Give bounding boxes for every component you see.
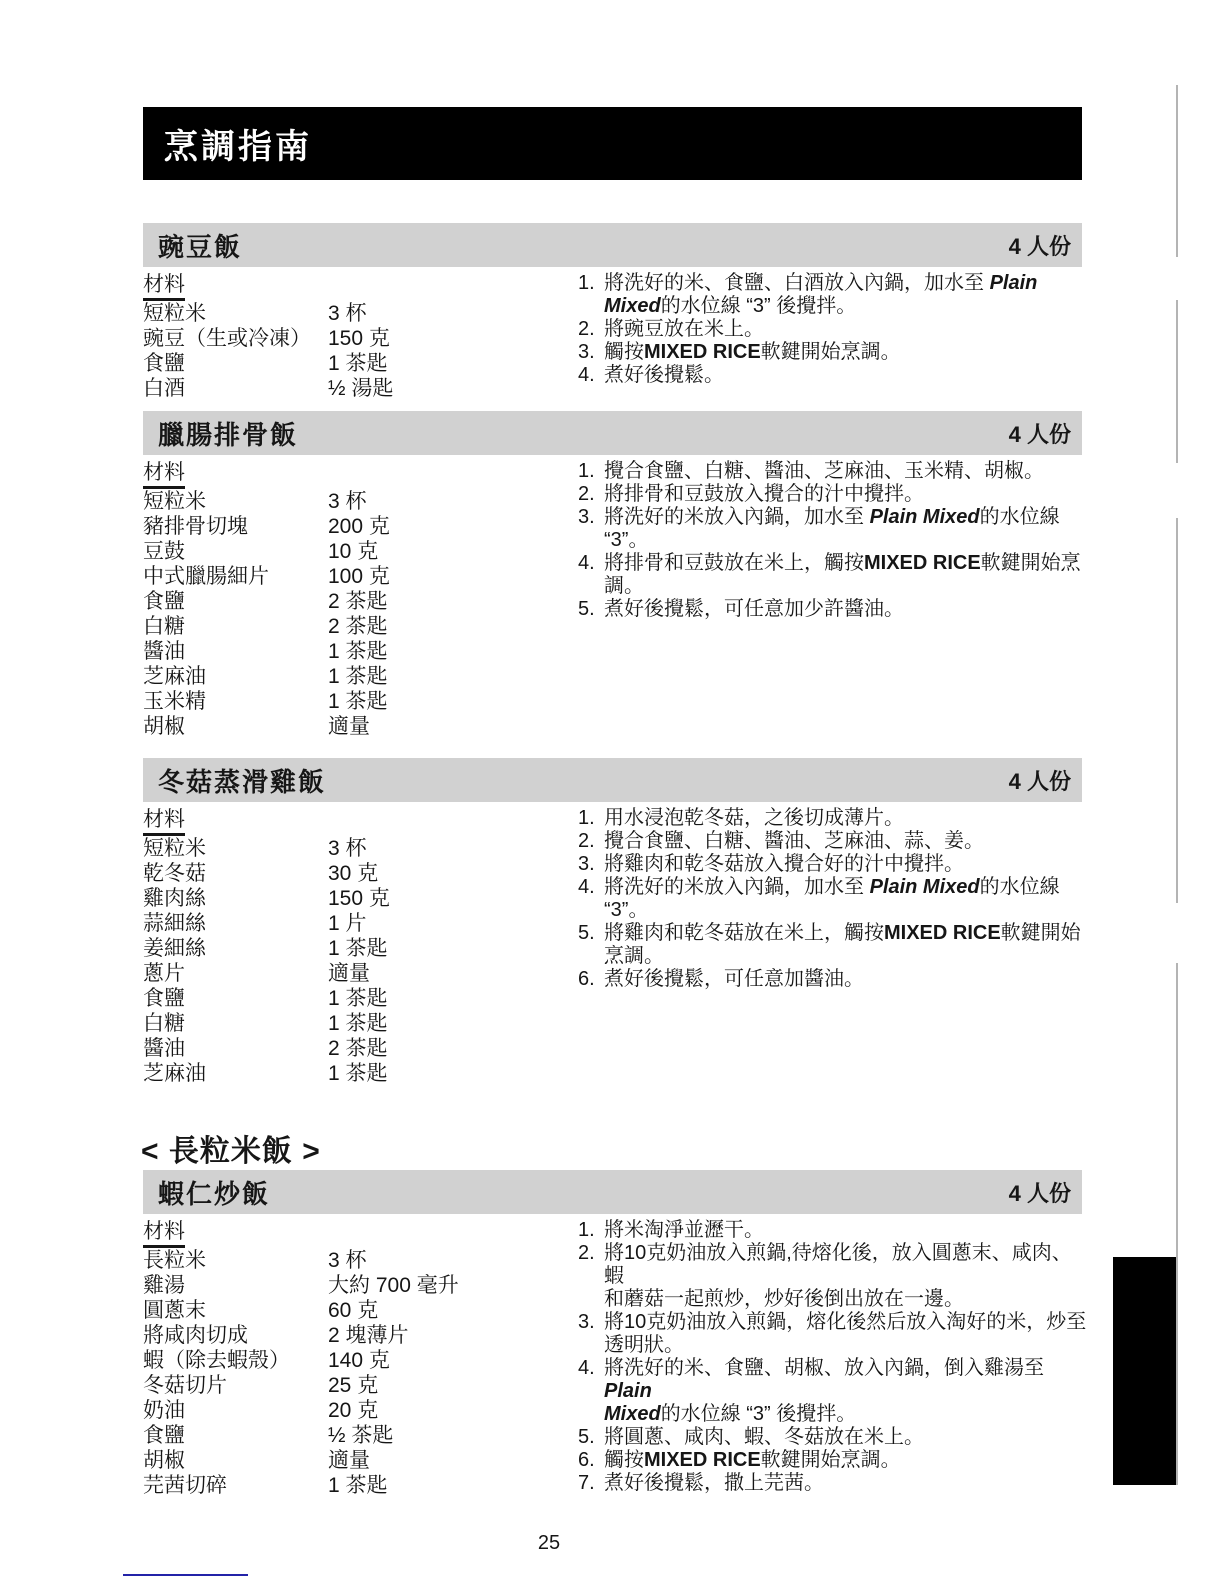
ingredient-list: 材料 長粒米 3 杯 雞湯 大約 700 毫升	[143, 1219, 573, 1498]
step-number: 5.	[578, 922, 604, 968]
ingredient-name: 白糖	[143, 614, 328, 639]
step-number: 1.	[578, 460, 604, 483]
ingredient-name: 醬油	[143, 1036, 328, 1061]
ingredient-row: 芝麻油 1 茶匙	[143, 1061, 573, 1086]
step-item: 4. 將排骨和豆鼓放在米上，觸按MIXED RICE軟鍵開始烹 調。	[578, 552, 1090, 598]
step-number: 4.	[578, 876, 604, 922]
step-text: 將米淘淨並瀝干。	[604, 1219, 1090, 1242]
step-number: 2.	[578, 1242, 604, 1311]
ingredient-amount: ½ 湯匙	[328, 376, 573, 401]
ingredient-row: 雞湯 大約 700 毫升	[143, 1273, 573, 1298]
ingredient-amount: 20 克	[328, 1398, 573, 1423]
step-number: 5.	[578, 598, 604, 621]
ingredient-name: 冬菇切片	[143, 1373, 328, 1398]
recipe-section-shrimp-fried-rice: 蝦仁炒飯 4 人份 材料 長粒米 3 杯 雞湯 大約 700 毫升	[143, 1170, 1082, 1219]
ingredient-amount: 150 克	[328, 326, 573, 351]
step-number: 2.	[578, 318, 604, 341]
ingredient-rows: 短粒米 3 杯 乾冬菇 30 克 雞肉絲 150 克	[143, 836, 573, 1086]
ingredient-name: 雞湯	[143, 1273, 328, 1298]
ingredient-amount: 1 茶匙	[328, 689, 573, 714]
step-item: 3. 觸按MIXED RICE軟鍵開始烹調。	[578, 341, 1090, 364]
ingredient-rows: 長粒米 3 杯 雞湯 大約 700 毫升 圓蔥末 60 克	[143, 1248, 573, 1498]
ingredient-row: 芝麻油 1 茶匙	[143, 664, 573, 689]
ingredient-amount: 3 杯	[328, 1248, 573, 1273]
step-list: 1. 用水浸泡乾冬菇，之後切成薄片。 2. 攪合食鹽、白糖、醬油、芝麻油、蒜、姜…	[578, 807, 1090, 991]
chapter-tab-marker	[1113, 1257, 1176, 1485]
ingredient-amount: 1 茶匙	[328, 664, 573, 689]
materials-heading: 材料	[143, 460, 185, 489]
step-item: 5. 煮好後攪鬆，可任意加少許醬油。	[578, 598, 1090, 621]
recipe-header-bar: 豌豆飯 4 人份	[143, 223, 1082, 267]
ingredient-name: 食鹽	[143, 1423, 328, 1448]
step-text: 煮好後攪鬆，撒上芫茜。	[604, 1472, 1090, 1495]
ingredient-amount: 100 克	[328, 564, 573, 589]
step-text: 將洗好的米、食鹽、胡椒、放入內鍋，倒入雞湯至 Plain Mixed的水位線 “…	[604, 1357, 1090, 1426]
step-text: 用水浸泡乾冬菇，之後切成薄片。	[604, 807, 1090, 830]
step-text: 將雞肉和乾冬菇放在米上，觸按MIXED RICE軟鍵開始 烹調。	[604, 922, 1090, 968]
ingredient-amount: 2 茶匙	[328, 1036, 573, 1061]
ingredient-row: 豬排骨切塊 200 克	[143, 514, 573, 539]
step-text: 煮好後攪鬆。	[604, 364, 1090, 387]
recipe-title: 冬菇蒸滑雞飯	[143, 762, 326, 799]
step-text: 觸按MIXED RICE軟鍵開始烹調。	[604, 1449, 1090, 1472]
ingredient-name: 豌豆（生或冷凍）	[143, 326, 328, 351]
ingredient-name: 醬油	[143, 639, 328, 664]
recipe-title: 蝦仁炒飯	[143, 1174, 270, 1211]
ingredient-amount: 10 克	[328, 539, 573, 564]
ingredient-amount: 1 茶匙	[328, 1473, 573, 1498]
ingredient-amount: 1 茶匙	[328, 986, 573, 1011]
step-item: 3. 將雞肉和乾冬菇放入攪合好的汁中攪拌。	[578, 853, 1090, 876]
ingredient-row: 豆鼓 10 克	[143, 539, 573, 564]
ingredient-row: 短粒米 3 杯	[143, 836, 573, 861]
recipe-title: 豌豆飯	[143, 227, 242, 264]
ingredient-row: 白糖 2 茶匙	[143, 614, 573, 639]
ingredient-amount: ½ 茶匙	[328, 1423, 573, 1448]
step-text: 將洗好的米、食鹽、白酒放入內鍋，加水至 Plain Mixed的水位線 “3” …	[604, 272, 1090, 318]
ingredient-row: 中式臘腸細片 100 克	[143, 564, 573, 589]
step-text: 將豌豆放在米上。	[604, 318, 1090, 341]
step-number: 4.	[578, 364, 604, 387]
ingredient-name: 白酒	[143, 376, 328, 401]
step-number: 7.	[578, 1472, 604, 1495]
ingredient-name: 長粒米	[143, 1248, 328, 1273]
ingredient-amount: 3 杯	[328, 489, 573, 514]
step-item: 6. 煮好後攪鬆，可任意加醬油。	[578, 968, 1090, 991]
ingredient-rows: 短粒米 3 杯 豌豆（生或冷凍） 150 克 食鹽 1 茶匙	[143, 301, 573, 401]
step-text: 攪合食鹽、白糖、醬油、芝麻油、玉米精、胡椒。	[604, 460, 1090, 483]
ingredient-list: 材料 短粒米 3 杯 乾冬菇 30 克	[143, 807, 573, 1086]
step-item: 1. 用水浸泡乾冬菇，之後切成薄片。	[578, 807, 1090, 830]
ingredient-row: 冬菇切片 25 克	[143, 1373, 573, 1398]
ingredient-amount: 2 茶匙	[328, 614, 573, 639]
ingredient-name: 雞肉絲	[143, 886, 328, 911]
step-text: 煮好後攪鬆，可任意加醬油。	[604, 968, 1090, 991]
step-item: 1. 將米淘淨並瀝干。	[578, 1219, 1090, 1242]
ingredient-amount: 3 杯	[328, 301, 573, 326]
ingredient-row: 圓蔥末 60 克	[143, 1298, 573, 1323]
ingredient-amount: 1 茶匙	[328, 639, 573, 664]
ingredient-amount: 1 茶匙	[328, 936, 573, 961]
step-number: 1.	[578, 1219, 604, 1242]
step-number: 1.	[578, 272, 604, 318]
ingredient-row: 奶油 20 克	[143, 1398, 573, 1423]
ingredient-row: 醬油 1 茶匙	[143, 639, 573, 664]
ingredient-amount: 3 杯	[328, 836, 573, 861]
ingredient-amount: 200 克	[328, 514, 573, 539]
step-number: 6.	[578, 1449, 604, 1472]
ingredient-name: 將咸肉切成	[143, 1323, 328, 1348]
page-header-bar: 烹調指南	[143, 107, 1082, 180]
step-item: 4. 煮好後攪鬆。	[578, 364, 1090, 387]
ingredient-row: 食鹽 2 茶匙	[143, 589, 573, 614]
servings-label: 4 人份	[1009, 1177, 1082, 1208]
ingredient-name: 乾冬菇	[143, 861, 328, 886]
page-number: 25	[517, 1532, 581, 1555]
ingredient-amount: 適量	[328, 961, 573, 986]
manual-page: 烹調指南 豌豆飯 4 人份 材料 短粒米 3 杯 豌豆	[0, 0, 1224, 1584]
ingredient-name: 短粒米	[143, 489, 328, 514]
ingredient-amount: 1 茶匙	[328, 351, 573, 376]
ingredient-name: 豆鼓	[143, 539, 328, 564]
step-text: 將洗好的米放入內鍋，加水至 Plain Mixed的水位線 “3”。	[604, 876, 1090, 922]
recipe-section-mushroom-chicken-rice: 冬菇蒸滑雞飯 4 人份 材料 短粒米 3 杯 乾冬菇 30 克	[143, 758, 1082, 807]
step-number: 4.	[578, 1357, 604, 1426]
step-item: 2. 將10克奶油放入煎鍋,待熔化後，放入圓蔥末、咸肉、蝦 和蘑菇一起煎炒，炒好…	[578, 1242, 1090, 1311]
step-number: 6.	[578, 968, 604, 991]
ingredient-amount: 1 茶匙	[328, 1061, 573, 1086]
ingredient-name: 短粒米	[143, 836, 328, 861]
recipe-title: 臘腸排骨飯	[143, 415, 298, 452]
ingredient-row: 長粒米 3 杯	[143, 1248, 573, 1273]
ingredient-row: 白酒 ½ 湯匙	[143, 376, 573, 401]
step-number: 4.	[578, 552, 604, 598]
step-number: 2.	[578, 830, 604, 853]
ingredient-list: 材料 短粒米 3 杯 豌豆（生或冷凍） 150 克	[143, 272, 573, 401]
materials-heading: 材料	[143, 272, 185, 301]
step-text: 將洗好的米放入內鍋，加水至 Plain Mixed的水位線 “3”。	[604, 506, 1090, 552]
step-list: 1. 將米淘淨並瀝干。 2. 將10克奶油放入煎鍋,待熔化後，放入圓蔥末、咸肉、…	[578, 1219, 1090, 1495]
subsection-heading-long-grain: < 長粒米飯 >	[141, 1126, 321, 1170]
step-item: 4. 將洗好的米、食鹽、胡椒、放入內鍋，倒入雞湯至 Plain Mixed的水位…	[578, 1357, 1090, 1426]
ingredient-amount: 1 片	[328, 911, 573, 936]
ingredient-amount: 25 克	[328, 1373, 573, 1398]
ingredient-name: 胡椒	[143, 1448, 328, 1473]
step-text: 將圓蔥、咸肉、蝦、冬菇放在米上。	[604, 1426, 1090, 1449]
step-item: 7. 煮好後攪鬆，撒上芫茜。	[578, 1472, 1090, 1495]
ingredient-list: 材料 短粒米 3 杯 豬排骨切塊 200 克	[143, 460, 573, 739]
ingredient-row: 蔥片 適量	[143, 961, 573, 986]
ingredient-name: 蝦（除去蝦殼）	[143, 1348, 328, 1373]
ingredient-name: 蔥片	[143, 961, 328, 986]
step-item: 5. 將圓蔥、咸肉、蝦、冬菇放在米上。	[578, 1426, 1090, 1449]
step-text: 將排骨和豆鼓放在米上，觸按MIXED RICE軟鍵開始烹 調。	[604, 552, 1090, 598]
ingredient-row: 短粒米 3 杯	[143, 489, 573, 514]
step-text: 將10克奶油放入煎鍋，熔化後然后放入淘好的米，炒至 透明狀。	[604, 1311, 1090, 1357]
ingredient-row: 玉米精 1 茶匙	[143, 689, 573, 714]
step-text: 煮好後攪鬆，可任意加少許醬油。	[604, 598, 1090, 621]
ingredient-row: 乾冬菇 30 克	[143, 861, 573, 886]
step-item: 3. 將洗好的米放入內鍋，加水至 Plain Mixed的水位線 “3”。	[578, 506, 1090, 552]
step-number: 1.	[578, 807, 604, 830]
ingredient-amount: 2 塊薄片	[328, 1323, 573, 1348]
ingredient-name: 中式臘腸細片	[143, 564, 328, 589]
ingredient-row: 食鹽 1 茶匙	[143, 986, 573, 1011]
step-number: 3.	[578, 506, 604, 552]
ingredient-amount: 140 克	[328, 1348, 573, 1373]
step-item: 3. 將10克奶油放入煎鍋，熔化後然后放入淘好的米，炒至 透明狀。	[578, 1311, 1090, 1357]
footer-rule	[123, 1574, 248, 1576]
ingredient-row: 雞肉絲 150 克	[143, 886, 573, 911]
step-list: 1. 攪合食鹽、白糖、醬油、芝麻油、玉米精、胡椒。 2. 將排骨和豆鼓放入攪合的…	[578, 460, 1090, 621]
ingredient-name: 胡椒	[143, 714, 328, 739]
step-item: 6. 觸按MIXED RICE軟鍵開始烹調。	[578, 1449, 1090, 1472]
ingredient-row: 胡椒 適量	[143, 714, 573, 739]
step-number: 5.	[578, 1426, 604, 1449]
step-item: 2. 將豌豆放在米上。	[578, 318, 1090, 341]
step-number: 3.	[578, 1311, 604, 1357]
ingredient-row: 短粒米 3 杯	[143, 301, 573, 326]
ingredient-row: 將咸肉切成 2 塊薄片	[143, 1323, 573, 1348]
ingredient-row: 胡椒 適量	[143, 1448, 573, 1473]
scan-edge-line	[1176, 963, 1178, 1485]
recipe-header-bar: 臘腸排骨飯 4 人份	[143, 411, 1082, 455]
ingredient-amount: 1 茶匙	[328, 1011, 573, 1036]
step-item: 1. 攪合食鹽、白糖、醬油、芝麻油、玉米精、胡椒。	[578, 460, 1090, 483]
recipe-section-pea-rice: 豌豆飯 4 人份 材料 短粒米 3 杯 豌豆（生或冷凍） 150 克	[143, 223, 1082, 272]
ingredient-name: 奶油	[143, 1398, 328, 1423]
servings-label: 4 人份	[1009, 230, 1082, 261]
ingredient-name: 蒜細絲	[143, 911, 328, 936]
scan-edge-line	[1176, 300, 1178, 463]
ingredient-row: 蒜細絲 1 片	[143, 911, 573, 936]
ingredient-amount: 2 茶匙	[328, 589, 573, 614]
ingredient-name: 短粒米	[143, 301, 328, 326]
scan-edge-line	[1176, 85, 1178, 257]
ingredient-amount: 30 克	[328, 861, 573, 886]
materials-heading: 材料	[143, 1219, 185, 1248]
recipe-header-bar: 冬菇蒸滑雞飯 4 人份	[143, 758, 1082, 802]
ingredient-amount: 大約 700 毫升	[328, 1273, 573, 1298]
ingredient-name: 食鹽	[143, 351, 328, 376]
step-number: 3.	[578, 341, 604, 364]
servings-label: 4 人份	[1009, 765, 1082, 796]
step-item: 2. 攪合食鹽、白糖、醬油、芝麻油、蒜、姜。	[578, 830, 1090, 853]
step-text: 將雞肉和乾冬菇放入攪合好的汁中攪拌。	[604, 853, 1090, 876]
ingredient-name: 芫茜切碎	[143, 1473, 328, 1498]
step-item: 4. 將洗好的米放入內鍋，加水至 Plain Mixed的水位線 “3”。	[578, 876, 1090, 922]
ingredient-row: 食鹽 1 茶匙	[143, 351, 573, 376]
step-text: 將10克奶油放入煎鍋,待熔化後，放入圓蔥末、咸肉、蝦 和蘑菇一起煎炒，炒好後倒出…	[604, 1242, 1090, 1311]
ingredient-name: 豬排骨切塊	[143, 514, 328, 539]
ingredient-amount: 適量	[328, 1448, 573, 1473]
servings-label: 4 人份	[1009, 418, 1082, 449]
ingredient-name: 玉米精	[143, 689, 328, 714]
ingredient-row: 豌豆（生或冷凍） 150 克	[143, 326, 573, 351]
ingredient-amount: 60 克	[328, 1298, 573, 1323]
scan-edge-line	[1176, 518, 1178, 903]
ingredient-name: 圓蔥末	[143, 1298, 328, 1323]
materials-heading: 材料	[143, 807, 185, 836]
recipe-section-sausage-rib-rice: 臘腸排骨飯 4 人份 材料 短粒米 3 杯 豬排骨切塊 200 克	[143, 411, 1082, 460]
ingredient-row: 姜細絲 1 茶匙	[143, 936, 573, 961]
ingredient-amount: 150 克	[328, 886, 573, 911]
step-item: 5. 將雞肉和乾冬菇放在米上，觸按MIXED RICE軟鍵開始 烹調。	[578, 922, 1090, 968]
recipe-header-bar: 蝦仁炒飯 4 人份	[143, 1170, 1082, 1214]
step-text: 攪合食鹽、白糖、醬油、芝麻油、蒜、姜。	[604, 830, 1090, 853]
ingredient-amount: 適量	[328, 714, 573, 739]
ingredient-name: 姜細絲	[143, 936, 328, 961]
ingredient-row: 白糖 1 茶匙	[143, 1011, 573, 1036]
step-item: 2. 將排骨和豆鼓放入攪合的汁中攪拌。	[578, 483, 1090, 506]
ingredient-name: 白糖	[143, 1011, 328, 1036]
page-title: 烹調指南	[143, 119, 312, 168]
step-list: 1. 將洗好的米、食鹽、白酒放入內鍋，加水至 Plain Mixed的水位線 “…	[578, 272, 1090, 387]
ingredient-name: 食鹽	[143, 986, 328, 1011]
ingredient-row: 芫茜切碎 1 茶匙	[143, 1473, 573, 1498]
ingredient-rows: 短粒米 3 杯 豬排骨切塊 200 克 豆鼓 10 克	[143, 489, 573, 739]
step-number: 2.	[578, 483, 604, 506]
ingredient-row: 食鹽 ½ 茶匙	[143, 1423, 573, 1448]
ingredient-row: 醬油 2 茶匙	[143, 1036, 573, 1061]
step-text: 將排骨和豆鼓放入攪合的汁中攪拌。	[604, 483, 1090, 506]
ingredient-name: 食鹽	[143, 589, 328, 614]
step-text: 觸按MIXED RICE軟鍵開始烹調。	[604, 341, 1090, 364]
ingredient-name: 芝麻油	[143, 1061, 328, 1086]
ingredient-row: 蝦（除去蝦殼） 140 克	[143, 1348, 573, 1373]
ingredient-name: 芝麻油	[143, 664, 328, 689]
step-item: 1. 將洗好的米、食鹽、白酒放入內鍋，加水至 Plain Mixed的水位線 “…	[578, 272, 1090, 318]
step-number: 3.	[578, 853, 604, 876]
